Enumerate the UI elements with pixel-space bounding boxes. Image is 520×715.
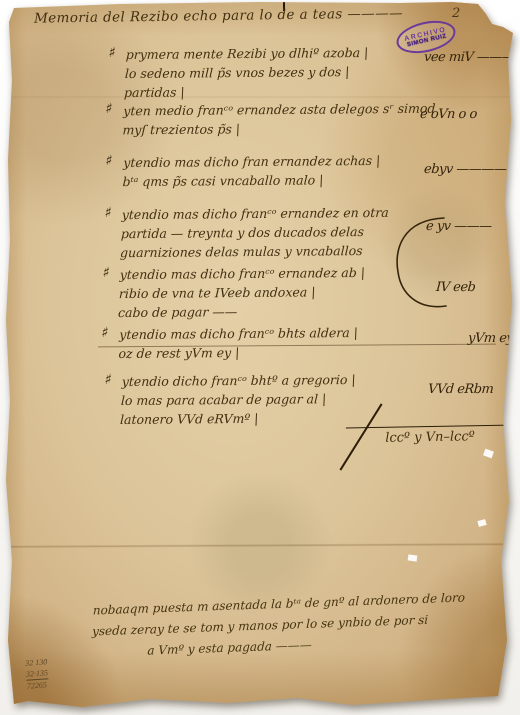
entry-amount-6: yVm ey <box>467 331 513 346</box>
page-number: 2 <box>452 6 460 21</box>
entry-text: ytendio mas dicho franᶜᵒ bhts aldera | o… <box>118 323 358 363</box>
entry-line: lo sedeno mill p̃s vnos bezes y dos | <box>124 62 367 83</box>
entry-amount-1: vee miV ———— <box>423 50 520 65</box>
entry-marker: ♯ <box>97 324 109 362</box>
document-scan: Memoria del Rezibo echo para lo de a tea… <box>0 0 520 715</box>
ledger-entry-2: ♯ yten medio franᶜᵒ ernandez asta delego… <box>104 100 435 138</box>
entry-marker: ♯ <box>102 44 117 101</box>
entry-text: ytendio mas dicho fran ernandez achas | … <box>122 151 381 191</box>
margin-number-row: 72265 <box>26 678 49 692</box>
entry-marker: ♯ <box>96 264 111 321</box>
paper-tear-chip <box>408 554 418 561</box>
entry-marker: ♯ <box>101 100 113 138</box>
closing-note: nobaaqm puesta m asentada la bᵗᵃ de gnº … <box>91 587 465 663</box>
fold-crease <box>0 0 2 140</box>
entry-line: yten medio franᶜᵒ ernandez asta delegos … <box>123 99 436 121</box>
document-title: Memoria del Rezibo echo para lo de a tea… <box>34 5 403 26</box>
fold-crease <box>6 543 510 549</box>
entry-line: prymera mente Rezibi yo dlhiº azoba | <box>125 43 368 64</box>
paper-sheet: Memoria del Rezibo echo para lo de a tea… <box>0 0 520 715</box>
entry-line: ytendio dicho franᶜᵒ bhtº a gregorio | <box>121 370 356 391</box>
entry-line: lo mas para acabar de pagar al | <box>120 389 355 410</box>
entry-amount-7: VVd eRbm <box>427 382 493 397</box>
entry-text: yten medio franᶜᵒ ernandez asta delegos … <box>122 99 436 140</box>
entry-line: ytendio mas dicho franᶜᵒ bhts aldera | <box>119 323 358 344</box>
total-amount: lccº y Vn–lccº <box>346 425 514 447</box>
ledger-entry-7: ♯ ytendio dicho franᶜᵒ bhtº a gregorio |… <box>102 371 355 428</box>
entry-line: ribio de vna te IVeeb andoxea | <box>118 282 364 303</box>
ledger-entry-4: ♯ ytendio mas dicho franᶜᵒ ernandez en o… <box>102 204 388 261</box>
margin-number-row: 32·135 <box>26 667 49 680</box>
entry-text: prymera mente Rezibi yo dlhiº azoba | lo… <box>123 43 368 102</box>
ledger-entry-6: ♯ ytendio mas dicho franᶜᵒ bhts aldera |… <box>100 324 357 362</box>
entry-line: bᵗᵃ qms p̃s casi vncaballo malo | <box>122 170 380 191</box>
entry-text: ytendio dicho franᶜᵒ bhtº a gregorio | l… <box>119 370 355 429</box>
entry-line: cabo de pagar —— <box>117 301 363 322</box>
ledger-entry-3: ♯ ytendio mas dicho fran ernandez achas … <box>104 152 380 190</box>
entry-line: partida — treynta y dos ducados delas <box>120 222 388 243</box>
ledger-entry-5: ♯ ytendio mas dicho franᶜᵒ ernandez ab |… <box>100 264 364 321</box>
entry-marker: ♯ <box>101 152 113 190</box>
paper-tear-chip <box>477 519 486 527</box>
entry-line: ytendio mas dicho fran ernandez achas | <box>123 151 381 172</box>
entry-line: ytendio mas dicho franᶜᵒ ernandez en otr… <box>121 203 389 224</box>
entry-text: ytendio mas dicho franᶜᵒ ernandez ab | r… <box>117 263 365 322</box>
entry-marker: ♯ <box>98 371 113 428</box>
entry-line: guarniziones delas mulas y vncaballos <box>119 241 387 262</box>
entry-amount-2: e oVn o o <box>419 107 477 122</box>
entry-marker: ♯ <box>98 204 113 261</box>
entry-line: latonero VVd eRVmº | <box>119 408 354 429</box>
entry-line: ytendio mas dicho franᶜᵒ ernandez ab | <box>119 263 365 284</box>
top-ink-mark <box>228 0 334 2</box>
fold-crease <box>10 96 510 98</box>
entry-amount-3: ebyv ———— <box>423 162 506 177</box>
amounts-bracket-stroke <box>392 212 462 316</box>
entry-text: ytendio mas dicho franᶜᵒ ernandez en otr… <box>119 203 388 262</box>
entry-line: myſ trezientos p̃s | <box>122 118 435 140</box>
margin-calculation: 32 130 32·135 72265 <box>25 656 49 691</box>
paper-tear-chip <box>483 449 494 459</box>
ledger-entry-1: ♯ prymera mente Rezibi yo dlhiº azoba | … <box>106 44 367 101</box>
aged-paper-background: Memoria del Rezibo echo para lo de a tea… <box>0 0 520 715</box>
